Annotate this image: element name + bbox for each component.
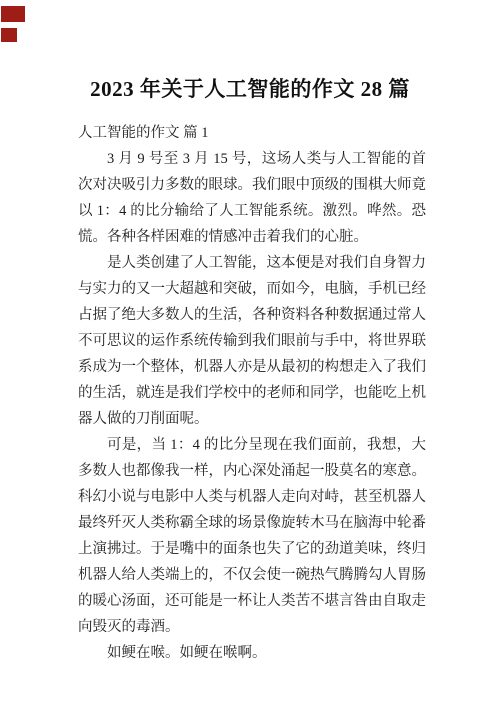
document-page: { "page": { "background": "#ffffff", "te…: [0, 0, 500, 707]
document-title: 2023 年关于人工智能的作文 28 篇: [0, 74, 500, 104]
essay-paragraph: 可是，当 1：4 的比分呈现在我们面前，我想，大多数人也都像我一样，内心深处涌起…: [78, 432, 426, 640]
section-heading: 人工智能的作文 篇 1: [78, 120, 426, 146]
essay-paragraph: 如鲠在喉。如鲠在喉啊。: [78, 640, 426, 666]
document-body: 人工智能的作文 篇 1 3 月 9 号至 3 月 15 号，这场人类与人工智能的…: [78, 120, 426, 666]
essay-paragraph: 3 月 9 号至 3 月 15 号，这场人类与人工智能的首次对决吸引力多数的眼球…: [78, 146, 426, 250]
red-corner-mark-top: [1, 6, 25, 22]
essay-paragraph: 是人类创建了人工智能，这本便是对我们自身智力与实力的又一大超越和突破，而如今，电…: [78, 250, 426, 432]
red-corner-mark-bottom: [1, 28, 17, 42]
